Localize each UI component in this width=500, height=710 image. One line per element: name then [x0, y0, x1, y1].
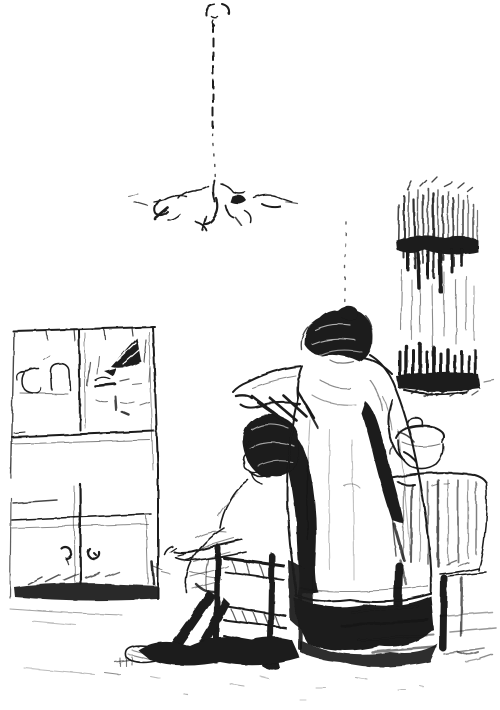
- chandelier: [128, 180, 298, 230]
- seated-figure: [115, 414, 318, 666]
- cabinet: [10, 327, 159, 625]
- cabinet-shelf-items: [17, 338, 150, 415]
- illustration: [0, 0, 500, 710]
- seated-figure-chest: [220, 480, 248, 528]
- ceiling-mount-icon: [206, 4, 229, 25]
- cabinet-door-knob: [62, 548, 71, 559]
- standing-figure-hem: [296, 594, 430, 602]
- curtain-hatch-mid: [401, 268, 474, 350]
- seated-figure-lap: [186, 528, 234, 592]
- chair-seat-rail: [224, 558, 284, 580]
- illustration-page: [0, 0, 500, 710]
- cabinet-base-shadow: [10, 562, 159, 625]
- cabinet-mid-rail: [12, 431, 154, 444]
- window-curtain: [396, 177, 494, 396]
- pendant-rod: [213, 24, 215, 182]
- standing-figure-hair: [305, 310, 373, 362]
- curtain-hatch-top: [398, 188, 477, 278]
- curtain-bottom-shadow: [396, 344, 494, 396]
- standing-figure-gown-fold: [362, 402, 404, 524]
- cabinet-doors: [12, 484, 151, 584]
- plumb-sketch-line: [344, 222, 346, 314]
